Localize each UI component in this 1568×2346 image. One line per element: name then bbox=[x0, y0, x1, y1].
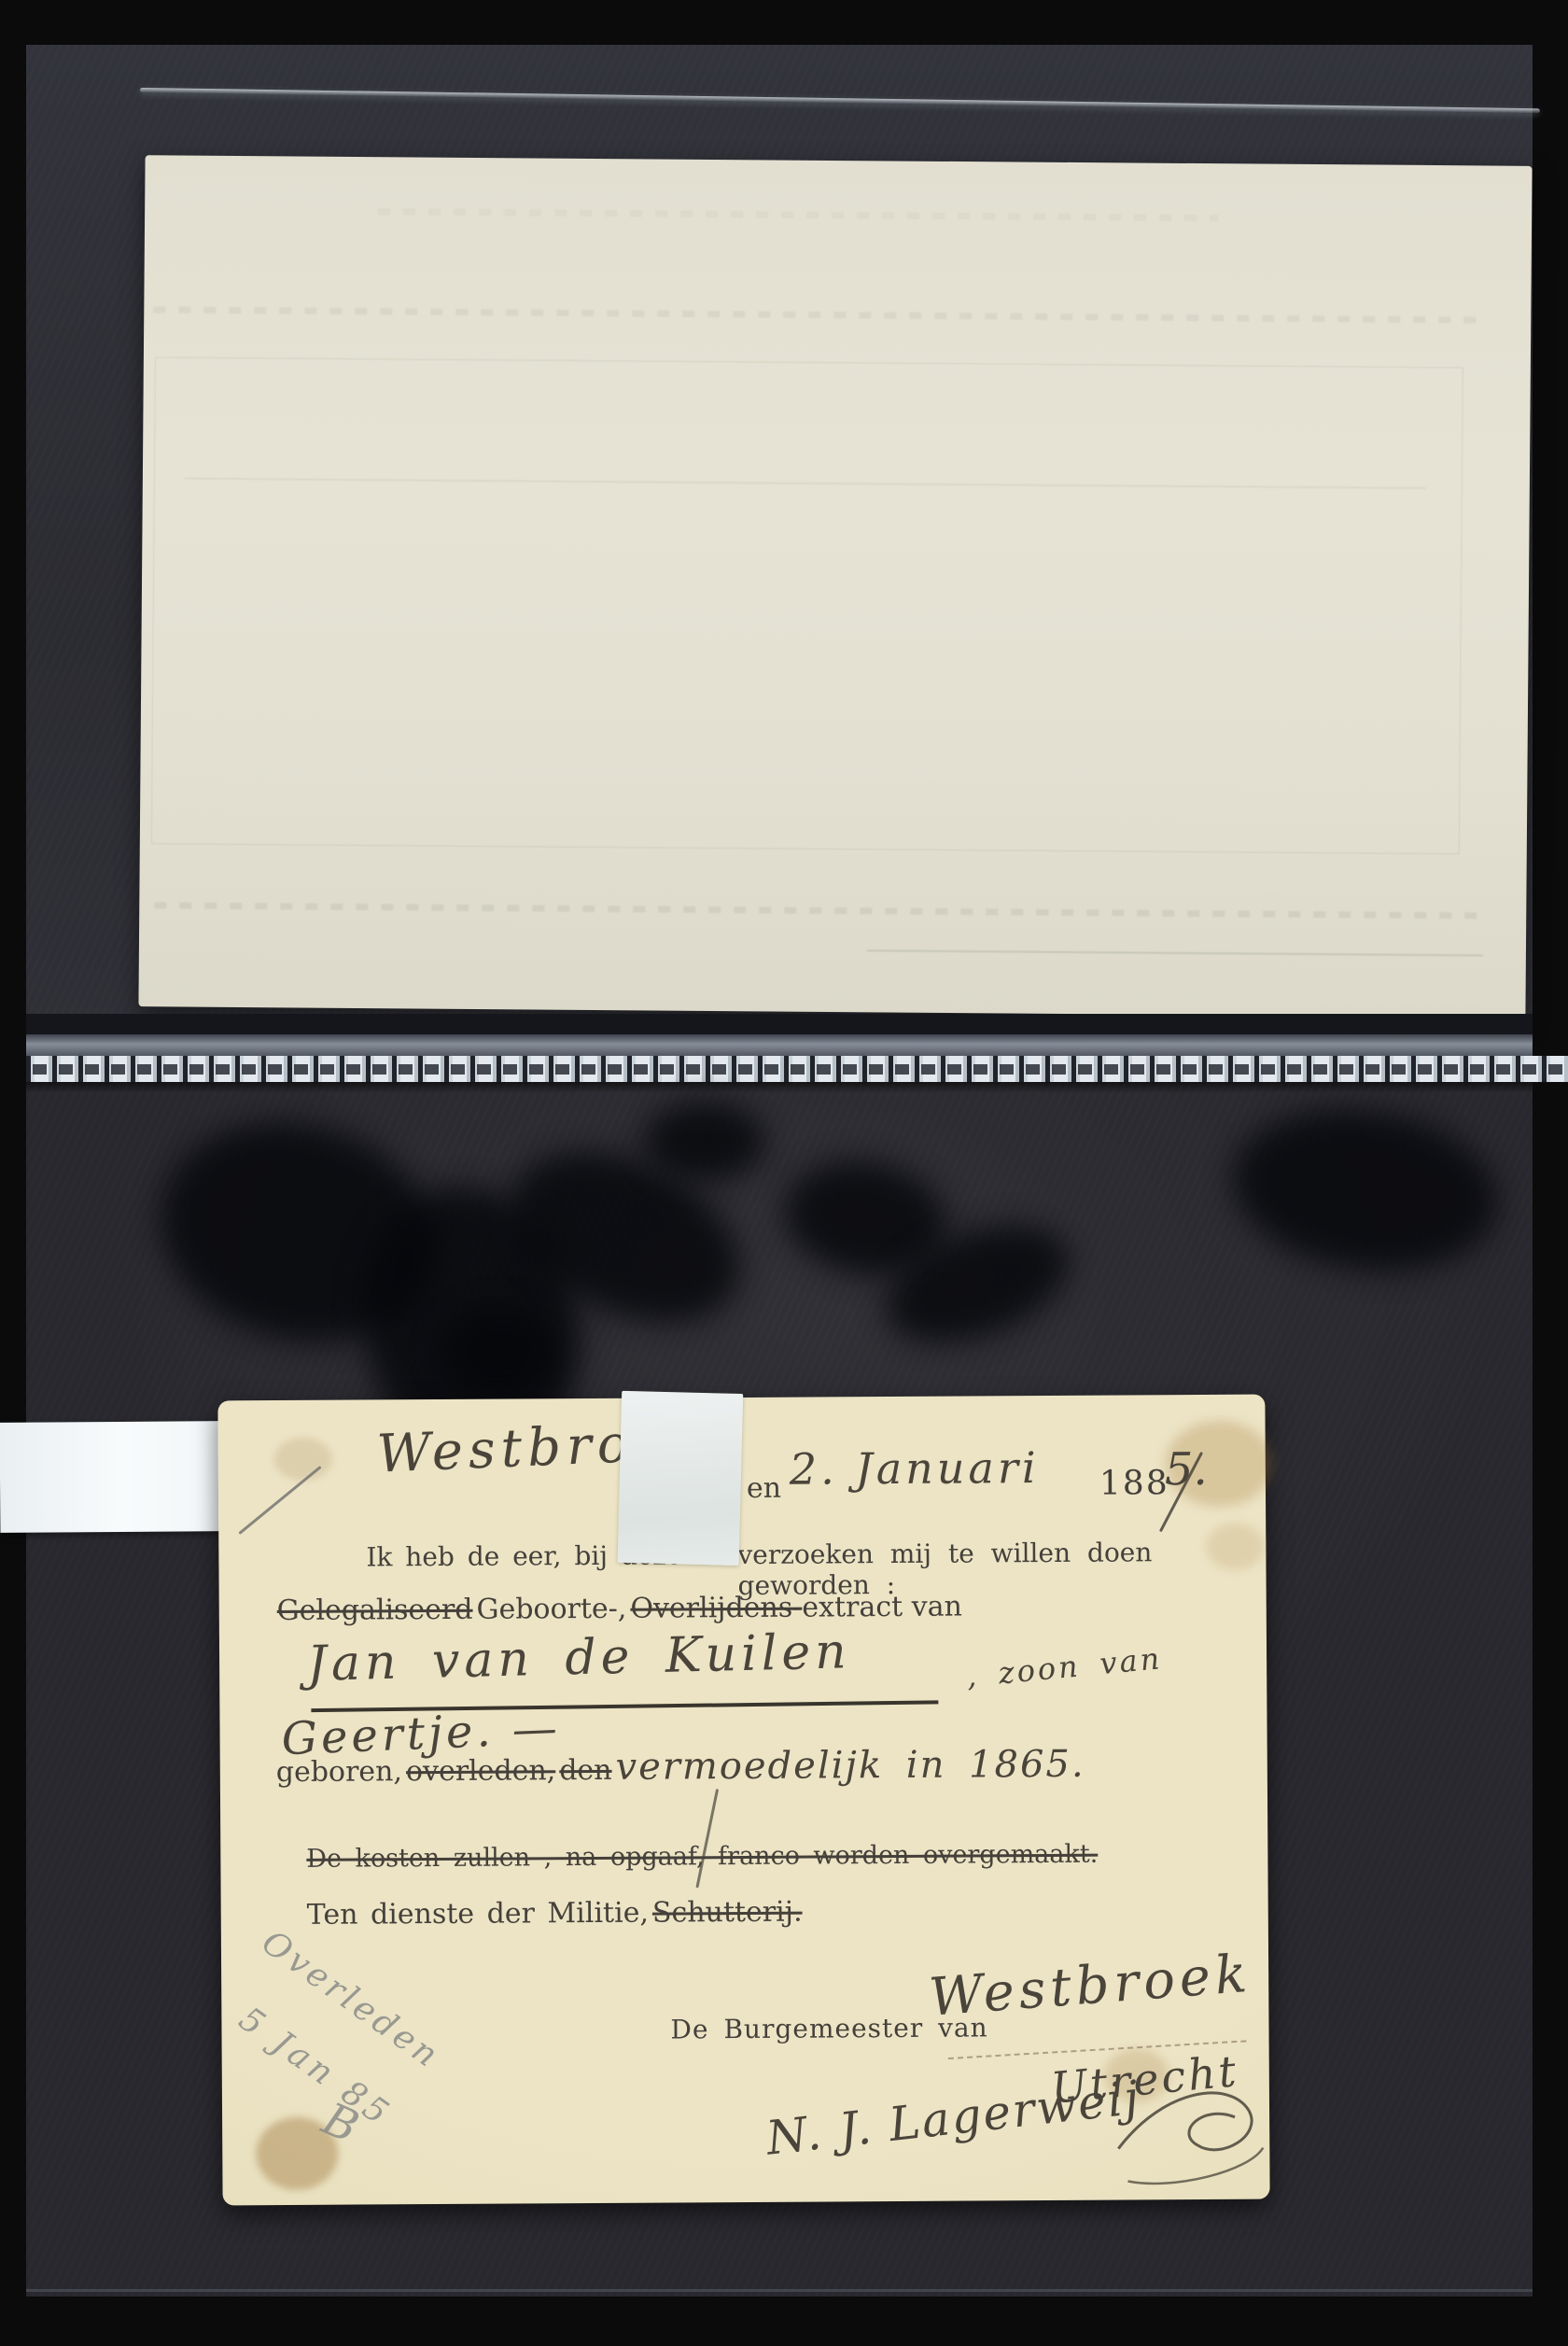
archive-photo-scene: Westbroek en 2. Januari 188 5. Ik heb de… bbox=[0, 0, 1568, 2346]
request-line2: Gelegaliseerd Geboorte-, Overlijdens-ext… bbox=[277, 1591, 962, 1627]
struck-kosten-line: De kosten zullen , na opgaaf, franco wor… bbox=[306, 1840, 1098, 1874]
word-militie: Ten dienste der Militie, bbox=[307, 1897, 649, 1932]
geboren-line: geboren, overleden, den vermoedelijk in … bbox=[276, 1743, 1085, 1791]
subject-name-handwriting: Jan van de Kuilen bbox=[306, 1623, 851, 1693]
signature-flourish bbox=[1109, 2059, 1278, 2200]
ghost-text-row bbox=[153, 306, 1478, 323]
shadow-blob bbox=[644, 1102, 765, 1181]
struck-schutterij: Schutterij. bbox=[652, 1896, 803, 1930]
struck-overleden: overleden, bbox=[406, 1754, 555, 1788]
zoon-van-handwriting: , zoon van bbox=[965, 1640, 1164, 1693]
request-card-1885: Westbroek en 2. Januari 188 5. Ik heb de… bbox=[217, 1395, 1269, 2206]
pencil-slash-mark bbox=[238, 1466, 321, 1535]
struck-overlijdens: Overlijdens- bbox=[630, 1592, 802, 1625]
struck-gelegaliseerd: Gelegaliseerd bbox=[277, 1594, 473, 1627]
ghost-text-row bbox=[154, 902, 1489, 919]
header-printed-year: 188 bbox=[1099, 1464, 1169, 1502]
white-label-strip bbox=[0, 1421, 224, 1533]
shadow-blob bbox=[439, 1307, 560, 1396]
sleeve-bottom-band bbox=[26, 1014, 1533, 1034]
vermoedelijk-handwriting: vermoedelijk in 1865. bbox=[615, 1743, 1085, 1789]
tape-strip-over-header bbox=[618, 1391, 744, 1566]
word-geboorte: Geboorte-, bbox=[476, 1593, 626, 1626]
page-bottom-edge bbox=[26, 2289, 1533, 2292]
burgemeester-signature-handwriting: N. J. Lagerweij bbox=[763, 2071, 1143, 2166]
struck-den: den bbox=[559, 1754, 611, 1787]
paper-stain bbox=[274, 1438, 332, 1481]
binding-shadow bbox=[26, 1082, 1533, 1093]
word-extract-van: extract van bbox=[802, 1591, 962, 1624]
sleeve-fold-strip bbox=[26, 1034, 1533, 1056]
stray-ink-stroke bbox=[695, 1789, 719, 1888]
ghost-rule-line bbox=[867, 949, 1483, 956]
signature-place-handwriting: Westbroek bbox=[927, 1944, 1253, 2029]
header-date-handwriting: 2. Januari bbox=[790, 1442, 1040, 1495]
ghost-text-row bbox=[378, 208, 1218, 221]
militie-line: Ten dienste der Militie, Schutterij. bbox=[307, 1896, 803, 1932]
word-geboren: geboren, bbox=[276, 1755, 402, 1789]
top-document-blank-reverse bbox=[138, 155, 1532, 1018]
album-binding-zipper-strip bbox=[26, 1056, 1568, 1082]
ghost-table-outline bbox=[151, 357, 1463, 854]
header-printed-den: en bbox=[747, 1472, 781, 1505]
